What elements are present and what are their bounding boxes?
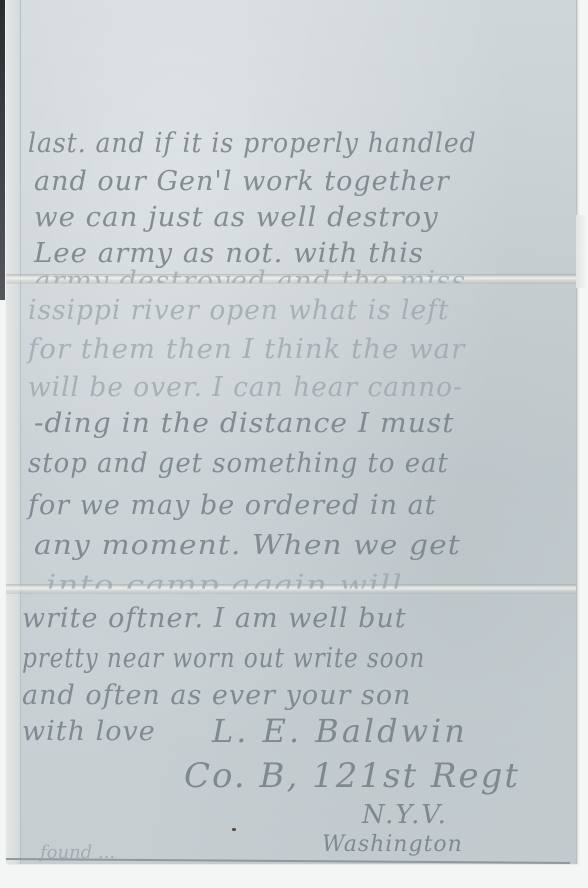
letter-line: any moment. When we get bbox=[34, 530, 461, 561]
signature-name: L. E. Baldwin bbox=[212, 712, 468, 750]
letter-line: into camp again will bbox=[46, 570, 403, 601]
letter-line: Lee army as not. with this bbox=[34, 238, 424, 269]
letter-line: -ding in the distance I must bbox=[34, 408, 455, 439]
signature-regiment: Co. B, 121st Regt bbox=[184, 756, 520, 796]
scan-edge bbox=[0, 0, 5, 300]
signature-place: Washington bbox=[322, 832, 463, 857]
letter-line: last. and if it is properly handled bbox=[28, 128, 477, 159]
signature-unit: N.Y.V. bbox=[362, 800, 448, 830]
letter-line: and our Gen'l work together bbox=[34, 166, 450, 197]
next-page-stub-text: found ... bbox=[40, 842, 115, 863]
letter-line: pretty near worn out write soon bbox=[22, 643, 425, 674]
scan-edge-right bbox=[576, 215, 588, 288]
letter-line: issippi river open what is left bbox=[28, 295, 449, 326]
ink-spot bbox=[232, 828, 236, 831]
page-left-margin bbox=[6, 0, 21, 864]
letter-line: army destroyed and the miss bbox=[34, 266, 466, 297]
letter-line: stop and get something to eat bbox=[28, 448, 449, 479]
letter-line: for them then I think the war bbox=[28, 334, 465, 365]
letter-line: and often as ever your son bbox=[22, 680, 412, 711]
letter-line: for we may be ordered in at bbox=[28, 490, 437, 521]
letter-line: we can just as well destroy bbox=[34, 202, 439, 233]
letter-line: with love bbox=[22, 716, 156, 747]
letter-line: will be over. I can hear canno- bbox=[28, 372, 463, 403]
letter-line: write oftner. I am well but bbox=[22, 603, 407, 634]
letter-page: last. and if it is properly handled and … bbox=[6, 0, 577, 864]
